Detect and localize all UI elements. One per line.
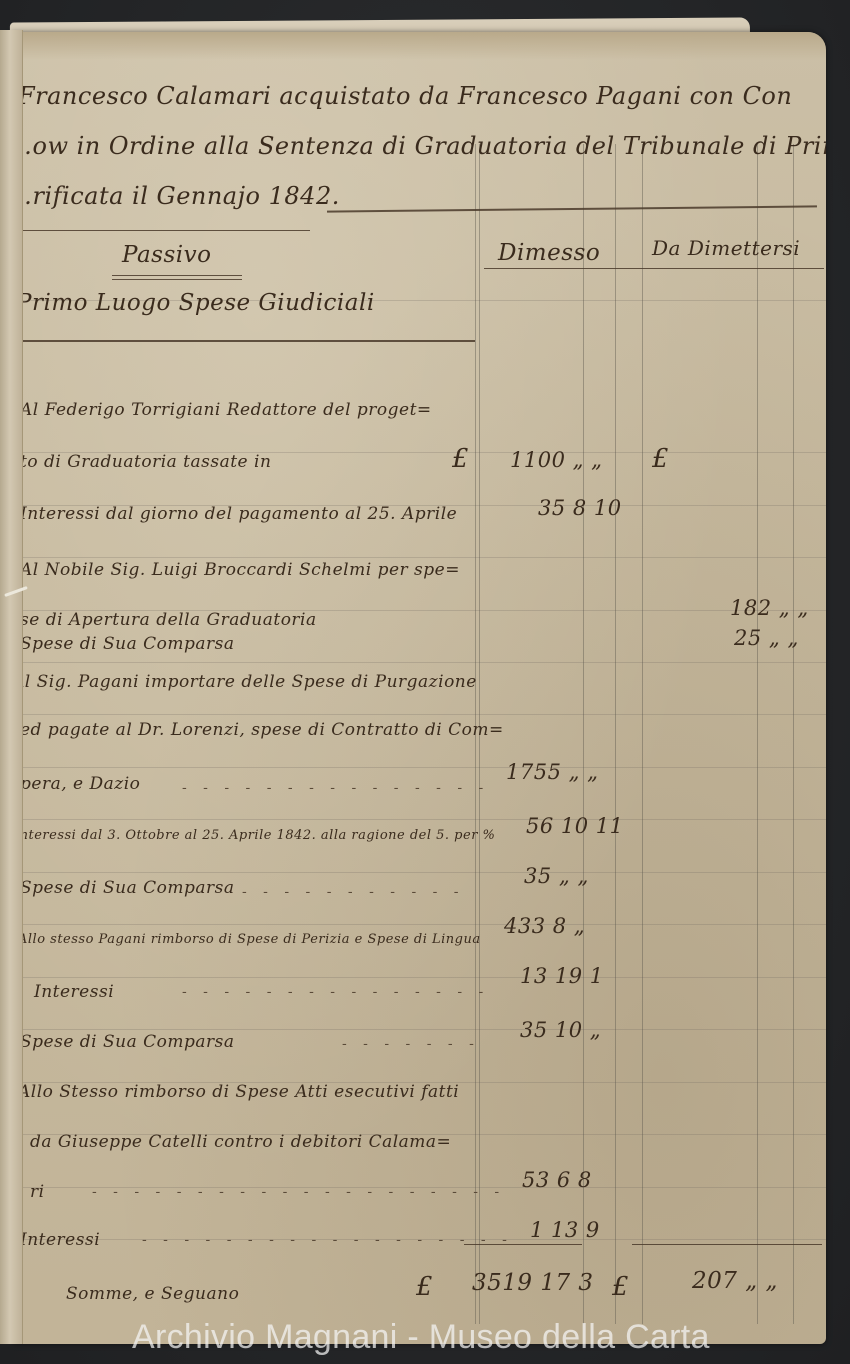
section-title: Primo Luogo Spese Giudiciali: [16, 290, 375, 316]
page-worn-edge: [12, 32, 826, 60]
leader-dots: - - - - - - - - - - - - - - -: [182, 984, 489, 1000]
entry-text: Interessi dal 3. Ottobre al 25. Aprile 1…: [14, 828, 495, 843]
leader-dots: - - - - - - -: [342, 1036, 480, 1052]
dimesso-value: 53 6 8: [522, 1168, 592, 1192]
entry-text: ri: [30, 1182, 45, 1202]
ruled-line: [12, 662, 826, 663]
da-dimettersi-value: 182 „ „: [730, 596, 809, 620]
entry-text: Allo stesso Pagani rimborso di Spese di …: [18, 932, 481, 947]
header-rule: [20, 230, 310, 231]
total-da-dimettersi-value: 207 „ „: [692, 1268, 778, 1294]
column-rule: [583, 144, 584, 1324]
entry-text: Spese di Sua Comparsa: [20, 878, 235, 898]
entry-text: Spese di Sua Comparsa: [20, 634, 235, 654]
total-dimesso-value: 3519 17 3: [472, 1270, 594, 1296]
column-heading-dimesso: Dimesso: [498, 240, 600, 266]
header-line-1: Francesco Calamari acquistato da Frances…: [18, 82, 792, 110]
dimesso-value: 35 10 „: [520, 1018, 601, 1042]
column-rule: [757, 144, 758, 1324]
entry-text: se di Apertura della Graduatoria: [20, 610, 317, 630]
pound-sign-icon: £: [416, 1272, 433, 1302]
header-line-3: …rificata il Gennajo 1842.: [12, 182, 340, 210]
dimesso-value: 433 8 „: [504, 914, 585, 938]
entry-text: ed pagate al Dr. Lorenzi, spese di Contr…: [20, 720, 504, 740]
header-rule: [327, 205, 817, 212]
entry-text: da Giuseppe Catelli contro i debitori Ca…: [30, 1132, 451, 1152]
entry-text: Allo Stesso rimborso di Spese Atti esecu…: [18, 1082, 459, 1102]
entry-text: Al Sig. Pagani importare delle Spese di …: [12, 672, 477, 692]
dimesso-value: 13 19 1: [520, 964, 604, 988]
column-heading-passivo: Passivo: [122, 242, 211, 268]
leader-dots: - - - - - - - - - - - - - - -: [182, 780, 489, 796]
section-rule: [20, 340, 475, 342]
column-rule: [615, 144, 616, 1324]
ruled-line: [12, 977, 826, 978]
pound-sign-icon: £: [612, 1272, 629, 1302]
heading-underline: [112, 275, 242, 276]
dimesso-value: 1100 „ „: [510, 448, 603, 472]
dimesso-value: 35 „ „: [524, 864, 589, 888]
column-heading-rule: [484, 268, 824, 269]
dimesso-value: 1755 „ „: [506, 760, 599, 784]
ruled-line: [12, 819, 826, 820]
ruled-line: [12, 872, 826, 873]
column-rule: [793, 144, 794, 1324]
ruled-line: [12, 557, 826, 558]
pound-sign-icon: £: [652, 444, 669, 474]
archive-watermark: Archivio Magnani - Museo della Carta: [132, 1318, 710, 1357]
entry-text: to di Graduatoria tassate in: [20, 452, 271, 472]
total-label: Somme, e Seguano: [66, 1284, 239, 1304]
leader-dots: - - - - - - - - - - - - - - - - - -: [142, 1232, 513, 1248]
entry-text: Interessi dal giorno del pagamento al 25…: [20, 504, 457, 524]
total-rule: [632, 1244, 822, 1245]
ruled-line: [12, 1029, 826, 1030]
leader-dots: - - - - - - - - - - - - - - - - - - - -: [92, 1184, 505, 1200]
column-heading-da-dimettersi: Da Dimettersi: [652, 236, 800, 260]
dimesso-value: 1 13 9: [530, 1218, 600, 1242]
ruled-line: [12, 924, 826, 925]
book-binding: [0, 30, 23, 1344]
leader-dots: - - - - - - - - - - -: [242, 884, 465, 900]
total-rule: [464, 1244, 582, 1245]
dimesso-value: 56 10 11: [526, 814, 624, 838]
pound-sign-icon: £: [452, 444, 469, 474]
entry-text: Spese di Sua Comparsa: [20, 1032, 235, 1052]
ruled-line: [12, 714, 826, 715]
header-line-2: …ow in Ordine alla Sentenza di Graduator…: [12, 132, 826, 160]
entry-text: Al Nobile Sig. Luigi Broccardi Schelmi p…: [20, 560, 460, 580]
entry-text: pera, e Dazio: [20, 774, 140, 794]
entry-text: Interessi: [20, 1230, 100, 1250]
entry-text: Interessi: [34, 982, 114, 1002]
entry-text: Al Federigo Torrigiani Redattore del pro…: [20, 400, 432, 420]
column-rule: [642, 144, 643, 1324]
ruled-line: [12, 767, 826, 768]
da-dimettersi-value: 25 „ „: [734, 626, 799, 650]
dimesso-value: 35 8 10: [538, 496, 622, 520]
ledger-page: Francesco Calamari acquistato da Frances…: [12, 32, 826, 1344]
heading-underline: [112, 279, 242, 280]
